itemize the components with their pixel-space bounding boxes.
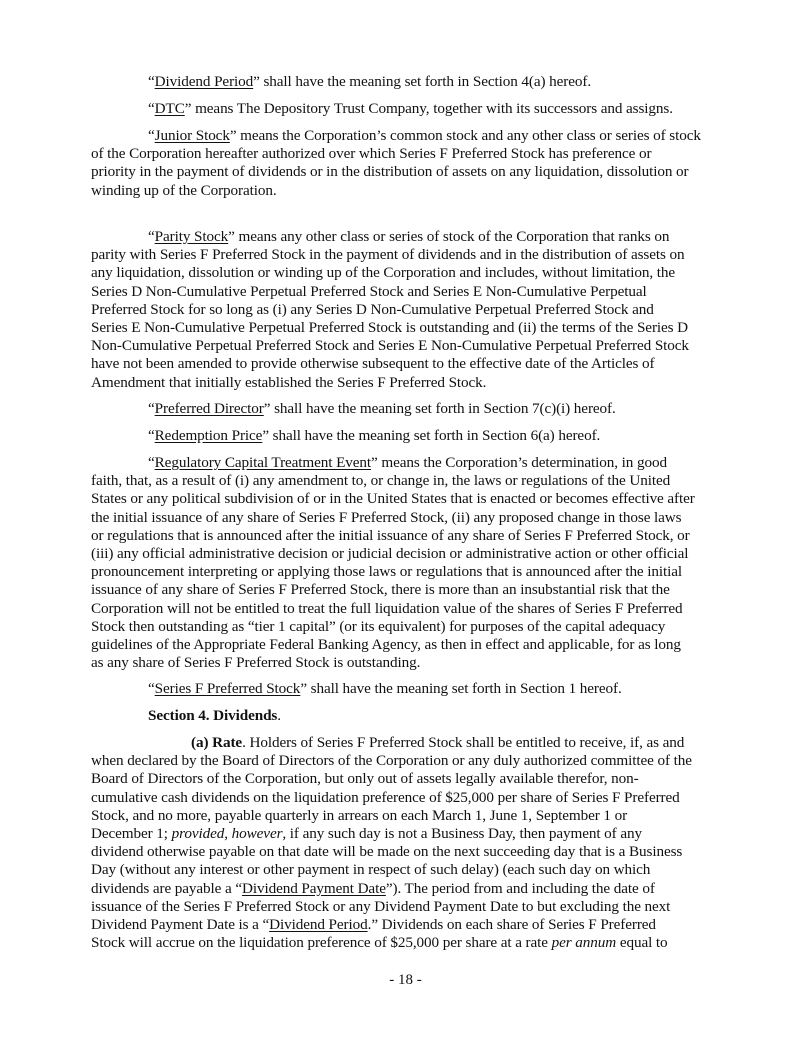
definition-dividend-period: “Dividend Period” shall have the meaning…: [91, 73, 731, 91]
defined-term: Parity Stock: [155, 228, 228, 245]
page-number: - 18 -: [0, 972, 811, 989]
defined-term: Junior Stock: [155, 127, 230, 144]
subsection-rate: (a) Rate. Holders of Series F Preferred …: [91, 734, 731, 952]
definition-redemption-price: “Redemption Price” shall have the meanin…: [91, 427, 731, 445]
section-title: Section 4. Dividends: [148, 707, 277, 724]
definition-series-f-preferred-stock: “Series F Preferred Stock” shall have th…: [91, 680, 731, 698]
definition-regulatory-capital-treatment-event: “Regulatory Capital Treatment Event” mea…: [91, 454, 731, 672]
defined-term: Redemption Price: [155, 427, 263, 444]
defined-term: DTC: [155, 100, 185, 117]
section-heading: Section 4. Dividends.: [91, 707, 731, 725]
definition-preferred-director: “Preferred Director” shall have the mean…: [91, 400, 731, 418]
defined-term: Regulatory Capital Treatment Event: [155, 454, 371, 471]
defined-term: Series F Preferred Stock: [155, 680, 301, 697]
document-page: “Dividend Period” shall have the meaning…: [0, 0, 811, 1050]
definition-dtc: “DTC” means The Depository Trust Company…: [91, 100, 731, 118]
defined-term: Preferred Director: [155, 400, 264, 417]
defined-term: Dividend Period: [269, 916, 367, 933]
defined-term: Dividend Period: [155, 73, 253, 90]
defined-term: Dividend Payment Date: [242, 880, 386, 897]
definition-junior-stock: “Junior Stock” means the Corporation’s c…: [91, 127, 731, 200]
subsection-label: (a) Rate: [191, 734, 242, 751]
definition-parity-stock: “Parity Stock” means any other class or …: [91, 228, 731, 392]
